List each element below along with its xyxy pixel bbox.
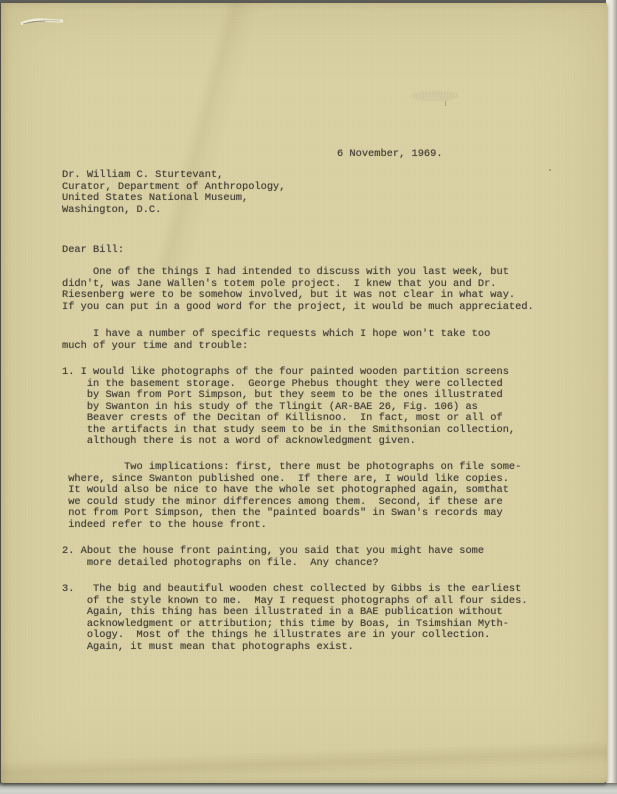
recipient-address: Dr. William C. Sturtevant,Curator, Depar…: [62, 170, 285, 216]
salutation: Dear Bill:: [62, 245, 124, 257]
list-item-3: 3. The big and beautiful wooden chest co…: [62, 584, 528, 653]
requests-paragraph: I have a number of specific requests whi…: [62, 329, 490, 352]
pencil-smudge-mark: [411, 91, 459, 101]
scanner-edge-right: [606, 0, 617, 794]
list-item-1: 1. I would like photographs of the four …: [62, 367, 515, 448]
pencil-tick-mark: [445, 101, 446, 106]
list-item-1-continued: Two implications: first, there must be p…: [62, 462, 521, 531]
intro-paragraph: One of the things I had intended to disc…: [62, 267, 534, 313]
ink-speck: [549, 169, 551, 171]
letter-paper: 6 November, 1969. Dr. William C. Sturtev…: [1, 3, 607, 783]
paper-tear-mark: [19, 15, 65, 29]
list-item-2: 2. About the house front painting, you s…: [62, 546, 484, 569]
paper-crease-topleft: [111, 3, 291, 268]
date-line: 6 November, 1969.: [337, 149, 443, 161]
paper-crease-bottom: [1, 735, 607, 783]
scanner-edge-bottom: [0, 783, 617, 794]
scanned-letter: 6 November, 1969. Dr. William C. Sturtev…: [0, 0, 617, 794]
